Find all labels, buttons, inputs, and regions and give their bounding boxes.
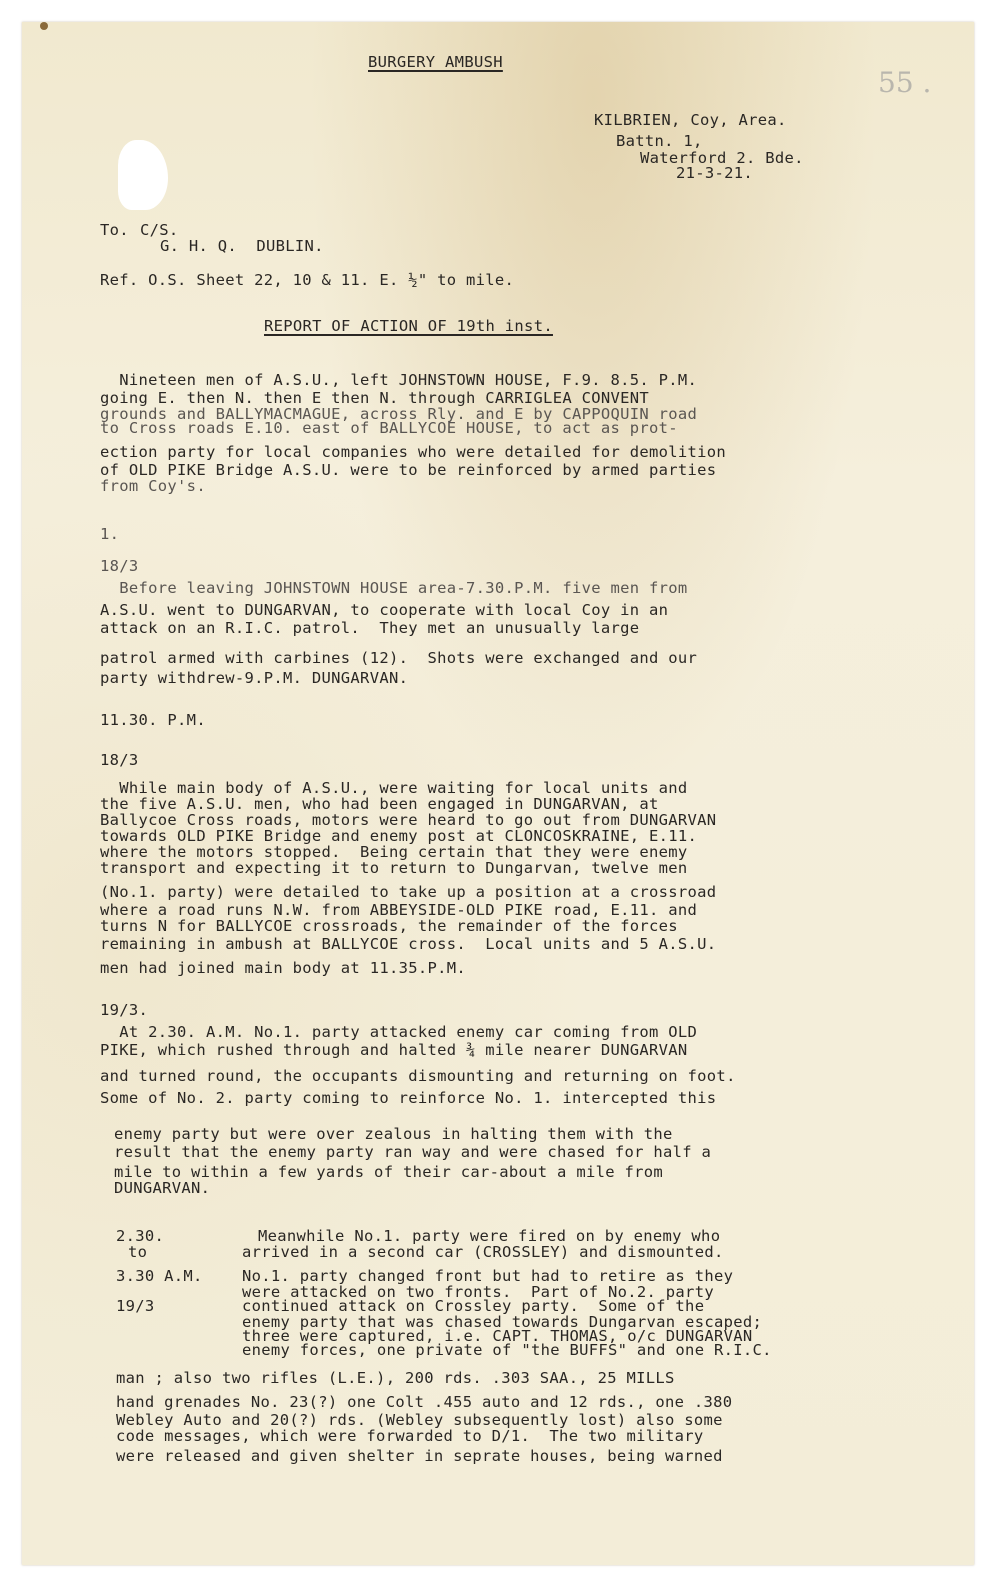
recipient-to-label: To.: [100, 220, 129, 240]
margin-time-end: 3.30 A.M.: [116, 1266, 203, 1286]
time-heading: 11.30. P.M.: [100, 710, 206, 730]
header-unit: KILBRIEN, Coy, Area.: [594, 110, 787, 130]
paper-stain: [40, 22, 48, 30]
report-subject: REPORT OF ACTION OF 19th inst.: [264, 316, 553, 336]
date-heading: 18/3: [100, 750, 139, 770]
section-number: 1.: [100, 524, 119, 544]
margin-date: 19/3: [116, 1296, 155, 1316]
margin-to: to: [128, 1242, 147, 1262]
document-title: BURGERY AMBUSH: [368, 52, 503, 72]
map-reference: Ref. O.S. Sheet 22, 10 & 11. E. ½" to mi…: [100, 270, 514, 290]
date-heading: 19/3.: [100, 1000, 148, 1020]
header-date: 21-3-21.: [676, 163, 753, 183]
recipient-line2: G. H. Q. DUBLIN.: [160, 236, 324, 256]
folio-number: 55 .: [878, 66, 931, 99]
date-heading: 18/3: [100, 556, 139, 576]
